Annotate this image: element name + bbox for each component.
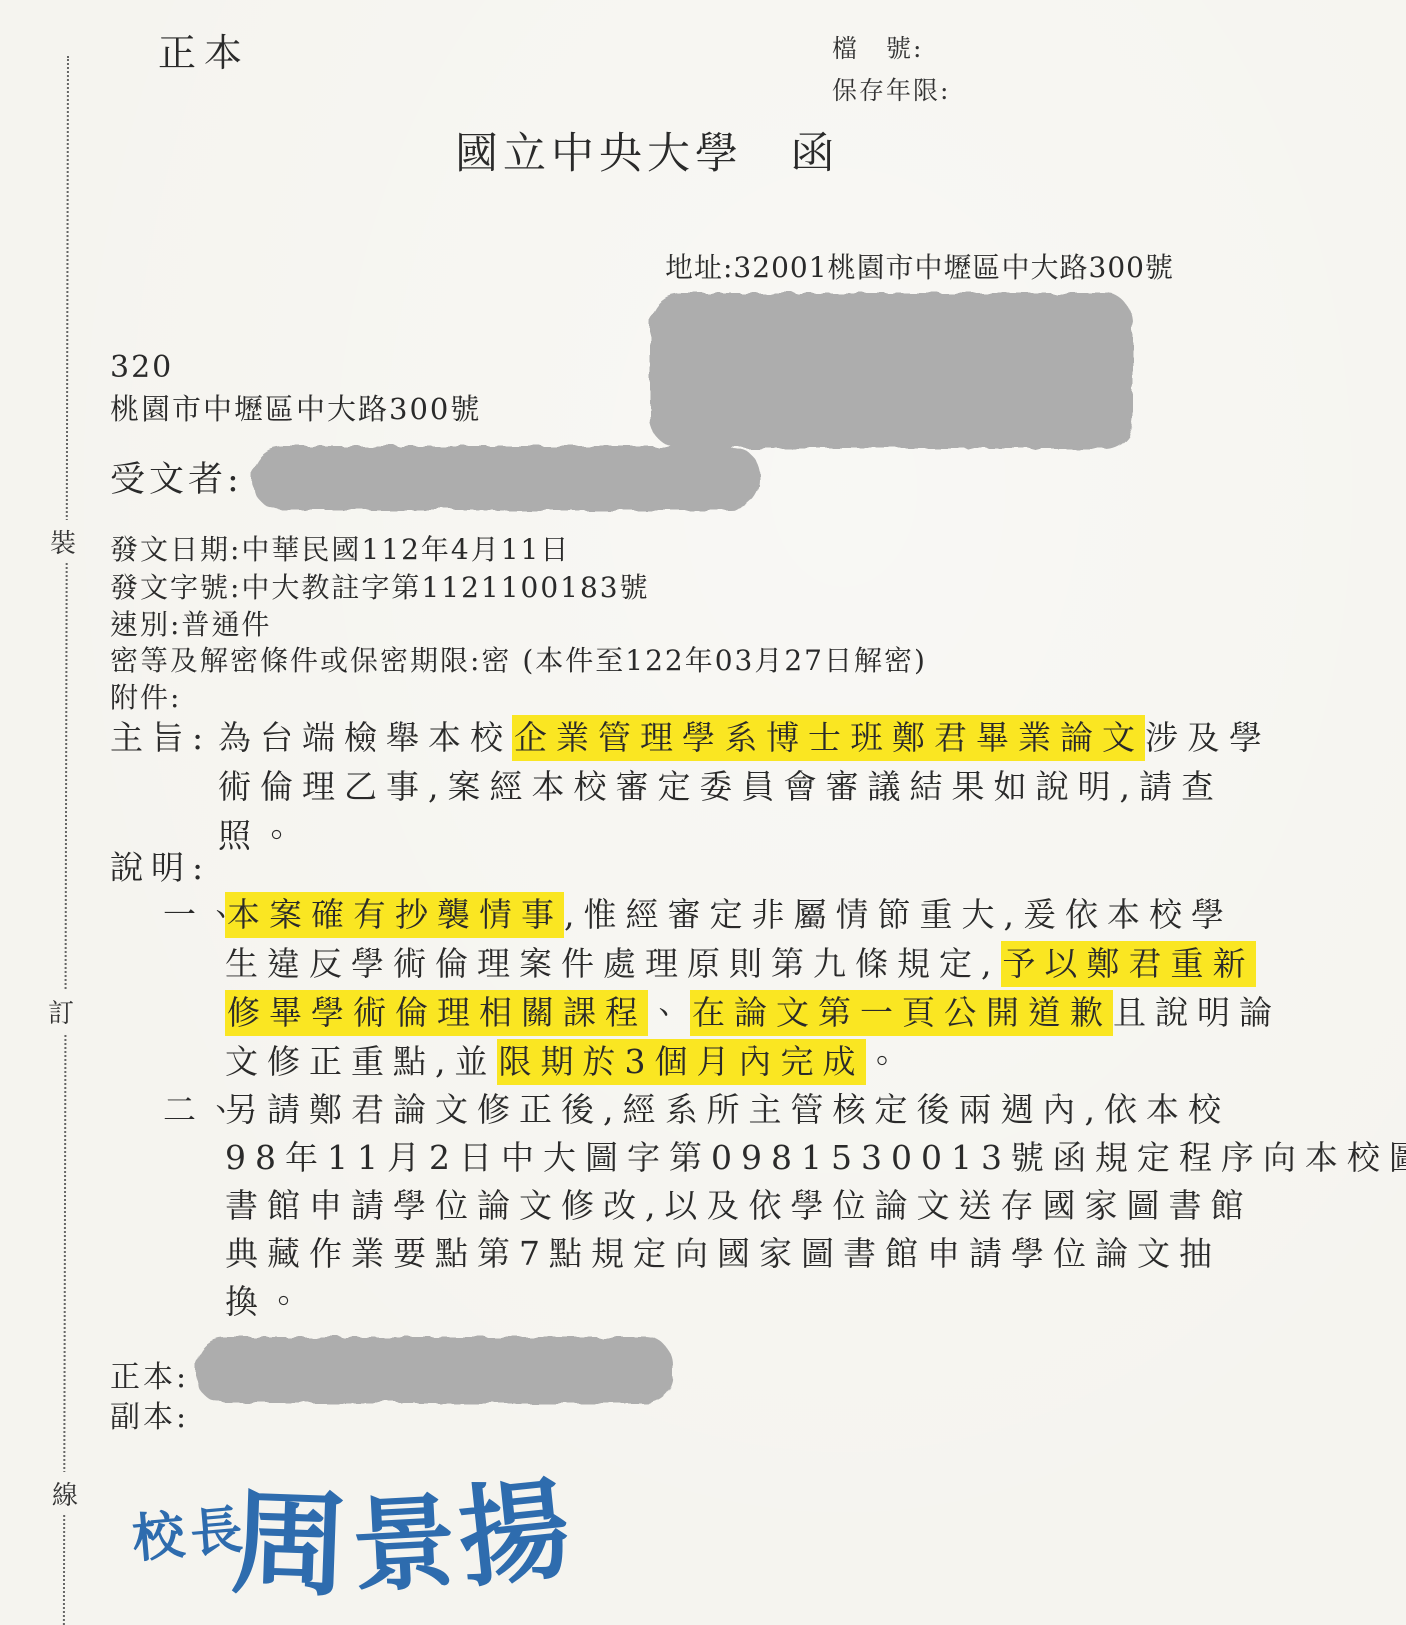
subject-text: 為台端檢舉本校: [218, 718, 512, 757]
sender-zip-code: 320: [110, 350, 173, 385]
highlighted-sanction-phrase-2: 修畢學術倫理相關課程: [225, 990, 648, 1036]
explanation-label: 說明:: [110, 842, 211, 889]
subject-line-2: 術倫理乙事,案經本校審定委員會審議結果如說明,請查: [218, 761, 1223, 808]
item1-line-2: 生違反學術倫理案件處理原則第九條規定,予以鄭君重新: [225, 938, 1256, 985]
subject-line-3: 照。: [218, 810, 302, 857]
binding-mark-ding: 訂: [48, 990, 74, 1033]
item2-line-2: 98年11月2日中大圖字第0981530013號函規定程序向本校圖: [225, 1132, 1406, 1179]
item2-line-1: 另請鄭君論文修正後,經系所主管核定後兩週內,依本校: [225, 1084, 1230, 1131]
scanned-official-letter: 裝 訂 線 正本 檔 號: 保存年限: 國立中央大學 函 地址:32001桃園市…: [0, 0, 1406, 1625]
highlighted-sanction-phrase-1: 予以鄭君重新: [1001, 941, 1256, 987]
redaction-block-contact-info: [650, 293, 1133, 448]
secrecy-line: 密等及解密條件或保密期限:密 (本件至122年03月27日解密): [110, 639, 927, 679]
redaction-block-recipient: [252, 446, 760, 510]
highlighted-deadline-phrase: 限期於3個月內完成: [497, 1039, 866, 1085]
copy-to-label: 副本:: [110, 1392, 189, 1436]
item1-text: 生違反學術倫理案件處理原則第九條規定,: [225, 944, 1001, 983]
document-title: 國立中央大學 函: [455, 120, 839, 181]
item2-line-3: 書館申請學位論文修改,以及依學位論文送存國家圖書館: [225, 1180, 1253, 1227]
subject-text: 涉及學: [1145, 718, 1271, 757]
highlighted-thesis-phrase: 企業管理學系博士班鄭君畢業論文: [512, 715, 1145, 761]
sender-address: 桃園市中壢區中大路300號: [110, 387, 481, 428]
attachment-line: 附件:: [110, 676, 181, 716]
subject-label: 主旨:: [110, 712, 211, 759]
doc-number-line: 發文字號:中大教註字第1121100183號: [110, 566, 650, 606]
signature-name-char-1: 周: [229, 1450, 350, 1619]
retention-period-label: 保存年限:: [832, 70, 950, 112]
file-number-label: 檔 號:: [832, 28, 950, 70]
item1-line-3: 修畢學術倫理相關課程、在論文第一頁公開道歉且說明論: [225, 987, 1281, 1034]
item2-line-4: 典藏作業要點第7點規定向國家圖書館申請學位論文抽: [225, 1228, 1221, 1275]
item1-line-1: 本案確有抄襲情事,惟經審定非屬情節重大,爰依本校學: [225, 889, 1233, 936]
item1-text: 文修正重點,並: [225, 1042, 497, 1081]
item1-text: 、: [648, 993, 690, 1032]
highlighted-plagiarism-phrase: 本案確有抄襲情事: [225, 892, 564, 938]
university-address: 地址:32001桃園市中壢區中大路300號: [665, 246, 1174, 286]
original-to-label: 正本:: [110, 1352, 189, 1396]
binding-mark-xian: 線: [52, 1472, 78, 1515]
binding-dotted-line: [63, 56, 69, 1625]
highlighted-apology-phrase: 在論文第一頁公開道歉: [690, 990, 1113, 1036]
issue-date-line: 發文日期:中華民國112年4月11日: [110, 528, 570, 568]
item2-line-5: 換。: [225, 1276, 309, 1323]
signature-name-char-3: 揚: [450, 1441, 576, 1610]
item1-text: 。: [866, 1042, 908, 1081]
item1-text: ,惟經審定非屬情節重大,爰依本校學: [564, 895, 1233, 934]
subject-line-1: 為台端檢舉本校企業管理學系博士班鄭君畢業論文涉及學: [218, 712, 1271, 759]
item1-text: 且說明論: [1113, 993, 1281, 1032]
recipient-label: 受文者:: [110, 452, 243, 502]
binding-mark-zhuang: 裝: [50, 520, 76, 563]
file-number-block: 檔 號: 保存年限:: [832, 28, 950, 112]
item1-line-4: 文修正重點,並限期於3個月內完成。: [225, 1036, 908, 1083]
redaction-block-original-to: [196, 1337, 673, 1403]
signature-name-char-2: 景: [348, 1459, 459, 1612]
speed-class-line: 速別:普通件: [110, 603, 271, 643]
copy-type-label: 正本: [158, 22, 250, 77]
